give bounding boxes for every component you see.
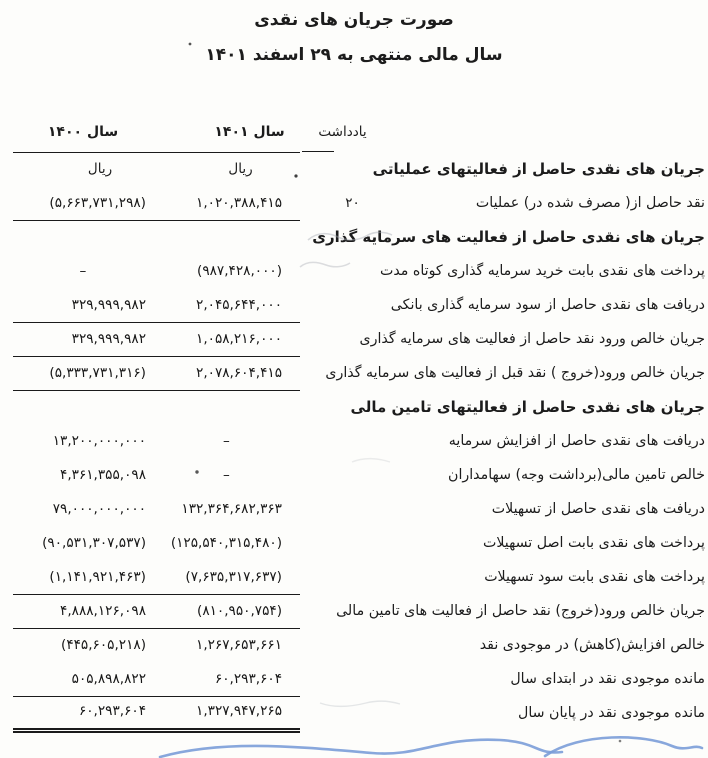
year-1400-column-header: سال ۱۴۰۰: [13, 112, 153, 153]
row-label: خالص تامین مالی(برداشت وجه) سهامداران: [363, 467, 708, 483]
value-1401: ۱,۳۲۷,۹۴۷,۲۶۵: [153, 694, 300, 733]
table-header-row: یادداشت سال ۱۴۰۱ سال ۱۴۰۰: [0, 112, 708, 152]
note-ref: ۲۰: [300, 195, 363, 211]
value-1401: (۱۲۵,۵۴۰,۳۱۵,۴۸۰): [153, 526, 300, 560]
year-1401-column-header: سال ۱۴۰۱: [153, 112, 300, 153]
table-row: دریافت های نقدی حاصل از افزایش سرمایه–۱۳…: [0, 424, 708, 458]
row-label: جریان خالص ورود(خروج ) نقد قبل از فعالیت…: [363, 365, 708, 381]
table-row: پرداخت های نقدی بابت خرید سرمایه گذاری ک…: [0, 254, 708, 288]
document-titles: صورت جریان های نقدی سال مالی منتهی به ۲۹…: [0, 10, 708, 65]
row-label: دریافت های نقدی حاصل از سود سرمایه گذاری…: [363, 297, 708, 313]
value-1401: (۷,۶۳۵,۳۱۷,۶۳۷): [153, 560, 300, 595]
note-header-underline: [302, 151, 334, 152]
value-1401: [153, 390, 300, 424]
value-1400: [13, 220, 153, 254]
value-1401: ۶۰,۲۹۳,۶۰۴: [153, 662, 300, 697]
stray-dot: [619, 740, 622, 743]
row-label: خالص افزایش(کاهش) در موجودی نقد: [363, 637, 708, 653]
cash-flow-table: یادداشت سال ۱۴۰۱ سال ۱۴۰۰ جریان های نقدی…: [0, 112, 708, 730]
signature-stroke: [545, 737, 702, 756]
section-heading: جریان های نقدی حاصل از فعالیتهای تامین م…: [363, 398, 708, 416]
row-label: پرداخت های نقدی بابت خرید سرمایه گذاری ک…: [363, 263, 708, 279]
value-1401: ۱,۰۲۰,۳۸۸,۴۱۵: [153, 186, 300, 221]
table-row: پرداخت های نقدی بابت سود تسهیلات(۷,۶۳۵,۳…: [0, 560, 708, 594]
table-row: خالص افزایش(کاهش) در موجودی نقد۱,۲۶۷,۶۵۳…: [0, 628, 708, 662]
row-label: جریان خالص ورود(خروج) نقد حاصل از فعالیت…: [363, 603, 708, 619]
row-label: پرداخت های نقدی بابت سود تسهیلات: [363, 569, 708, 585]
table-row: جریان خالص ورود(خروج ) نقد قبل از فعالیت…: [0, 356, 708, 390]
value-1400: (۴۴۵,۶۰۵,۲۱۸): [13, 628, 153, 662]
value-1401: ۱۳۲,۳۶۴,۶۸۲,۳۶۳: [153, 492, 300, 526]
table-row: دریافت های نقدی حاصل از تسهیلات۱۳۲,۳۶۴,۶…: [0, 492, 708, 526]
row-label: دریافت های نقدی حاصل از افزایش سرمایه: [363, 433, 708, 449]
table-row: مانده موجودی نقد در پایان سال۱,۳۲۷,۹۴۷,۲…: [0, 696, 708, 730]
value-1400: ۱۳,۲۰۰,۰۰۰,۰۰۰: [13, 424, 153, 458]
table-row: مانده موجودی نقد در ابتدای سال۶۰,۲۹۳,۶۰۴…: [0, 662, 708, 696]
value-1401: –: [153, 424, 300, 458]
unit-label-1400: ریال: [13, 161, 153, 177]
value-1400: ۷۹,۰۰۰,۰۰۰,۰۰۰: [13, 492, 153, 526]
row-label: مانده موجودی نقد در پایان سال: [363, 705, 708, 721]
note-header-text: یادداشت: [318, 124, 366, 140]
table-row: نقد حاصل از( مصرف شده در) عملیات۲۰۱,۰۲۰,…: [0, 186, 708, 220]
section-row: جریان های نقدی حاصل از فعالیتهای تامین م…: [0, 390, 708, 424]
value-1400: (۹۰,۵۳۱,۳۰۷,۵۳۷): [13, 526, 153, 560]
row-label: مانده موجودی نقد در ابتدای سال: [363, 671, 708, 687]
value-1401: ۱,۲۶۷,۶۵۳,۶۶۱: [153, 628, 300, 662]
value-1400: ۳۲۹,۹۹۹,۹۸۲: [13, 322, 153, 357]
value-1401: ۲,۰۷۸,۶۰۴,۴۱۵: [153, 356, 300, 391]
section-row: جریان های نقدی حاصل از فعالیت های سرمایه…: [0, 220, 708, 254]
table-row: جریان خالص ورود(خروج) نقد حاصل از فعالیت…: [0, 594, 708, 628]
unit-label-1401: ریال: [153, 161, 300, 177]
value-1400: (۱,۱۴۱,۹۲۱,۴۶۳): [13, 560, 153, 595]
row-label: پرداخت های نقدی بابت اصل تسهیلات: [363, 535, 708, 551]
table-row: جریان خالص ورود نقد حاصل از فعالیت های س…: [0, 322, 708, 356]
value-1400: ۳۲۹,۹۹۹,۹۸۲: [13, 288, 153, 323]
value-1400: –: [13, 254, 153, 288]
value-1400: ۶۰,۲۹۳,۶۰۴: [13, 694, 153, 733]
value-1401: [153, 220, 300, 254]
value-1400: (۵,۳۳۳,۷۳۱,۳۱۶): [13, 356, 153, 391]
note-column-header: یادداشت: [300, 112, 363, 152]
value-1400: ۵۰۵,۸۹۸,۸۲۲: [13, 662, 153, 697]
table-row: خالص تامین مالی(برداشت وجه) سهامداران–۴,…: [0, 458, 708, 492]
units-row: جریان های نقدی حاصل از فعالیتهای عملیاتی…: [0, 152, 708, 186]
table-row: دریافت های نقدی حاصل از سود سرمایه گذاری…: [0, 288, 708, 322]
fiscal-period-subtitle: سال مالی منتهی به ۲۹ اسفند ۱۴۰۱: [0, 45, 708, 65]
value-1400: ۴,۸۸۸,۱۲۶,۰۹۸: [13, 594, 153, 629]
value-1401: (۹۸۷,۴۲۸,۰۰۰): [153, 254, 300, 288]
value-1400: [13, 390, 153, 424]
value-1400: (۵,۶۶۳,۷۳۱,۲۹۸): [13, 186, 153, 221]
cash-flow-statement-page: صورت جریان های نقدی سال مالی منتهی به ۲۹…: [0, 0, 708, 758]
value-1401: ۱,۰۵۸,۲۱۶,۰۰۰: [153, 322, 300, 357]
section-heading: جریان های نقدی حاصل از فعالیت های سرمایه…: [363, 228, 708, 246]
value-1401: (۸۱۰,۹۵۰,۷۵۴): [153, 594, 300, 629]
table-body: جریان های نقدی حاصل از فعالیتهای عملیاتی…: [0, 152, 708, 730]
value-1400: ۴,۳۶۱,۳۵۵,۰۹۸: [13, 458, 153, 492]
row-label: جریان خالص ورود نقد حاصل از فعالیت های س…: [363, 331, 708, 347]
row-label: دریافت های نقدی حاصل از تسهیلات: [363, 501, 708, 517]
row-label: نقد حاصل از( مصرف شده در) عملیات: [363, 195, 708, 211]
signature-stroke: [160, 740, 562, 757]
value-1401: ۲,۰۴۵,۶۴۴,۰۰۰: [153, 288, 300, 323]
value-1401: –: [153, 458, 300, 492]
section-heading: جریان های نقدی حاصل از فعالیتهای عملیاتی: [363, 160, 708, 178]
statement-title: صورت جریان های نقدی: [0, 10, 708, 30]
table-row: پرداخت های نقدی بابت اصل تسهیلات(۱۲۵,۵۴۰…: [0, 526, 708, 560]
